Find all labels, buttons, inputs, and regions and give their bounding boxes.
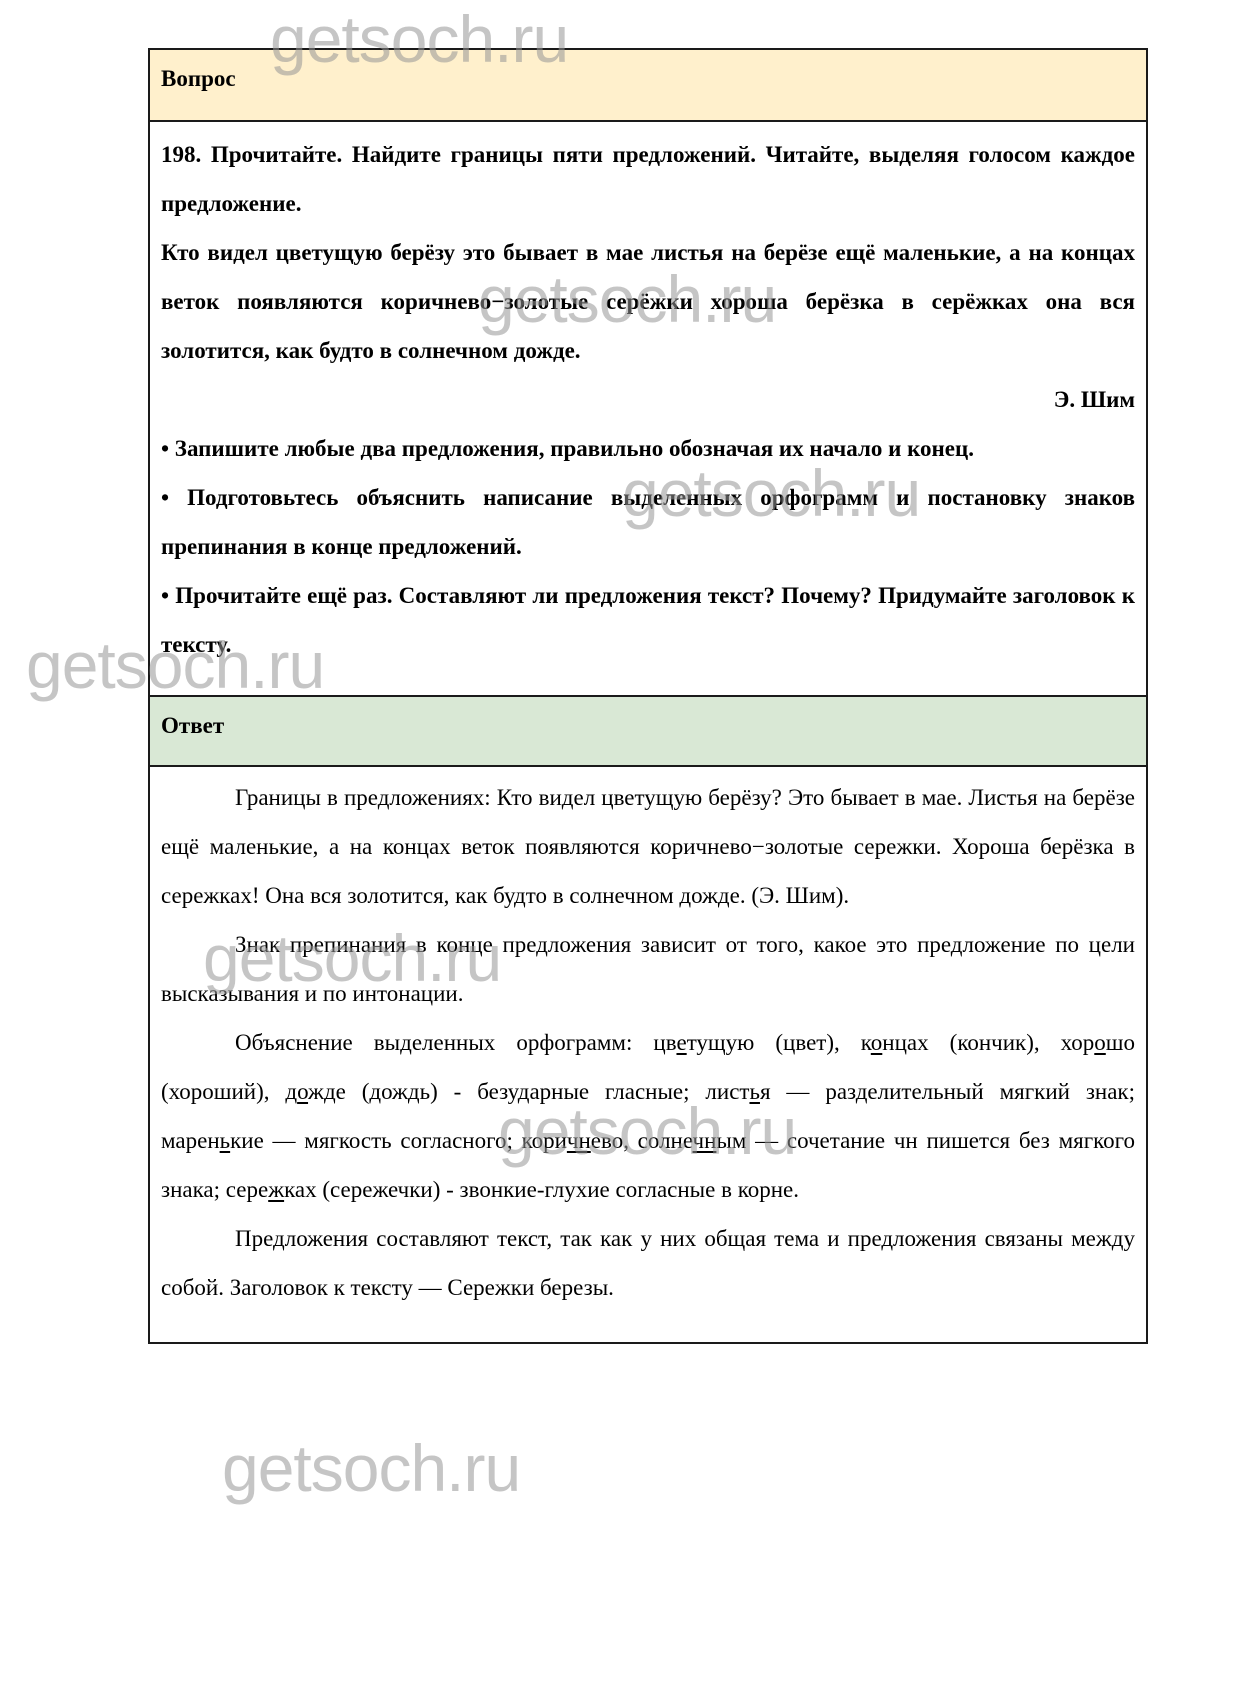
answer-header-label: Ответ xyxy=(161,713,224,738)
answer-header: Ответ xyxy=(150,695,1146,767)
task-bullet-2: • Подготовьтесь объяснить написание выде… xyxy=(161,473,1135,571)
text-segment: жде (дождь) - безударные гласные; лист xyxy=(308,1079,749,1104)
text-segment: кие — мягкость согласного; кори xyxy=(230,1128,567,1153)
watermark: getsoch.ru xyxy=(222,1435,520,1501)
highlighted-orthogram: чн xyxy=(567,1128,591,1153)
text-segment: ево, солне xyxy=(591,1128,693,1153)
task-bullet-3: • Прочитайте ещё раз. Составляют ли пред… xyxy=(161,571,1135,669)
highlighted-orthogram: чн xyxy=(693,1128,717,1153)
highlighted-orthogram: е xyxy=(676,1030,686,1055)
highlighted-orthogram: о xyxy=(297,1079,308,1104)
text-segment: нцах (кончик), хор xyxy=(882,1030,1094,1055)
answer-paragraph-boundaries: Границы в предложениях: Кто видел цветущ… xyxy=(161,773,1135,920)
highlighted-orthogram: о xyxy=(871,1030,883,1055)
question-answer-table: Вопрос 198. Прочитайте. Найдите границы … xyxy=(148,48,1148,1344)
text-segment: ках (сережечки) - звонкие-глухие согласн… xyxy=(284,1177,799,1202)
highlighted-orthogram: ь xyxy=(749,1079,760,1104)
answer-paragraph-orthograms: Объяснение выделенных орфограмм: цветущу… xyxy=(161,1018,1135,1214)
answer-paragraph-punctuation: Знак препинания в конце предложения зави… xyxy=(161,920,1135,1018)
task-bullet-1: • Запишите любые два предложения, правил… xyxy=(161,424,1135,473)
question-body: 198. Прочитайте. Найдите границы пяти пр… xyxy=(150,122,1146,695)
task-text: Кто видел цветущую берёзу это бывает в м… xyxy=(161,228,1135,375)
answer-paragraph-title: Предложения составляют текст, так как у … xyxy=(161,1214,1135,1312)
answer-body: Границы в предложениях: Кто видел цветущ… xyxy=(150,767,1146,1342)
highlighted-orthogram: ь xyxy=(220,1128,231,1153)
text-segment: тущую (цвет), к xyxy=(687,1030,871,1055)
question-header-label: Вопрос xyxy=(161,66,236,91)
text-segment: Объяснение выделенных орфограмм: цв xyxy=(235,1030,676,1055)
text-author: Э. Шим xyxy=(161,375,1135,424)
question-header: Вопрос xyxy=(150,50,1146,122)
task-statement: 198. Прочитайте. Найдите границы пяти пр… xyxy=(161,130,1135,228)
highlighted-orthogram: о xyxy=(1094,1030,1106,1055)
highlighted-orthogram: ж xyxy=(268,1177,284,1202)
